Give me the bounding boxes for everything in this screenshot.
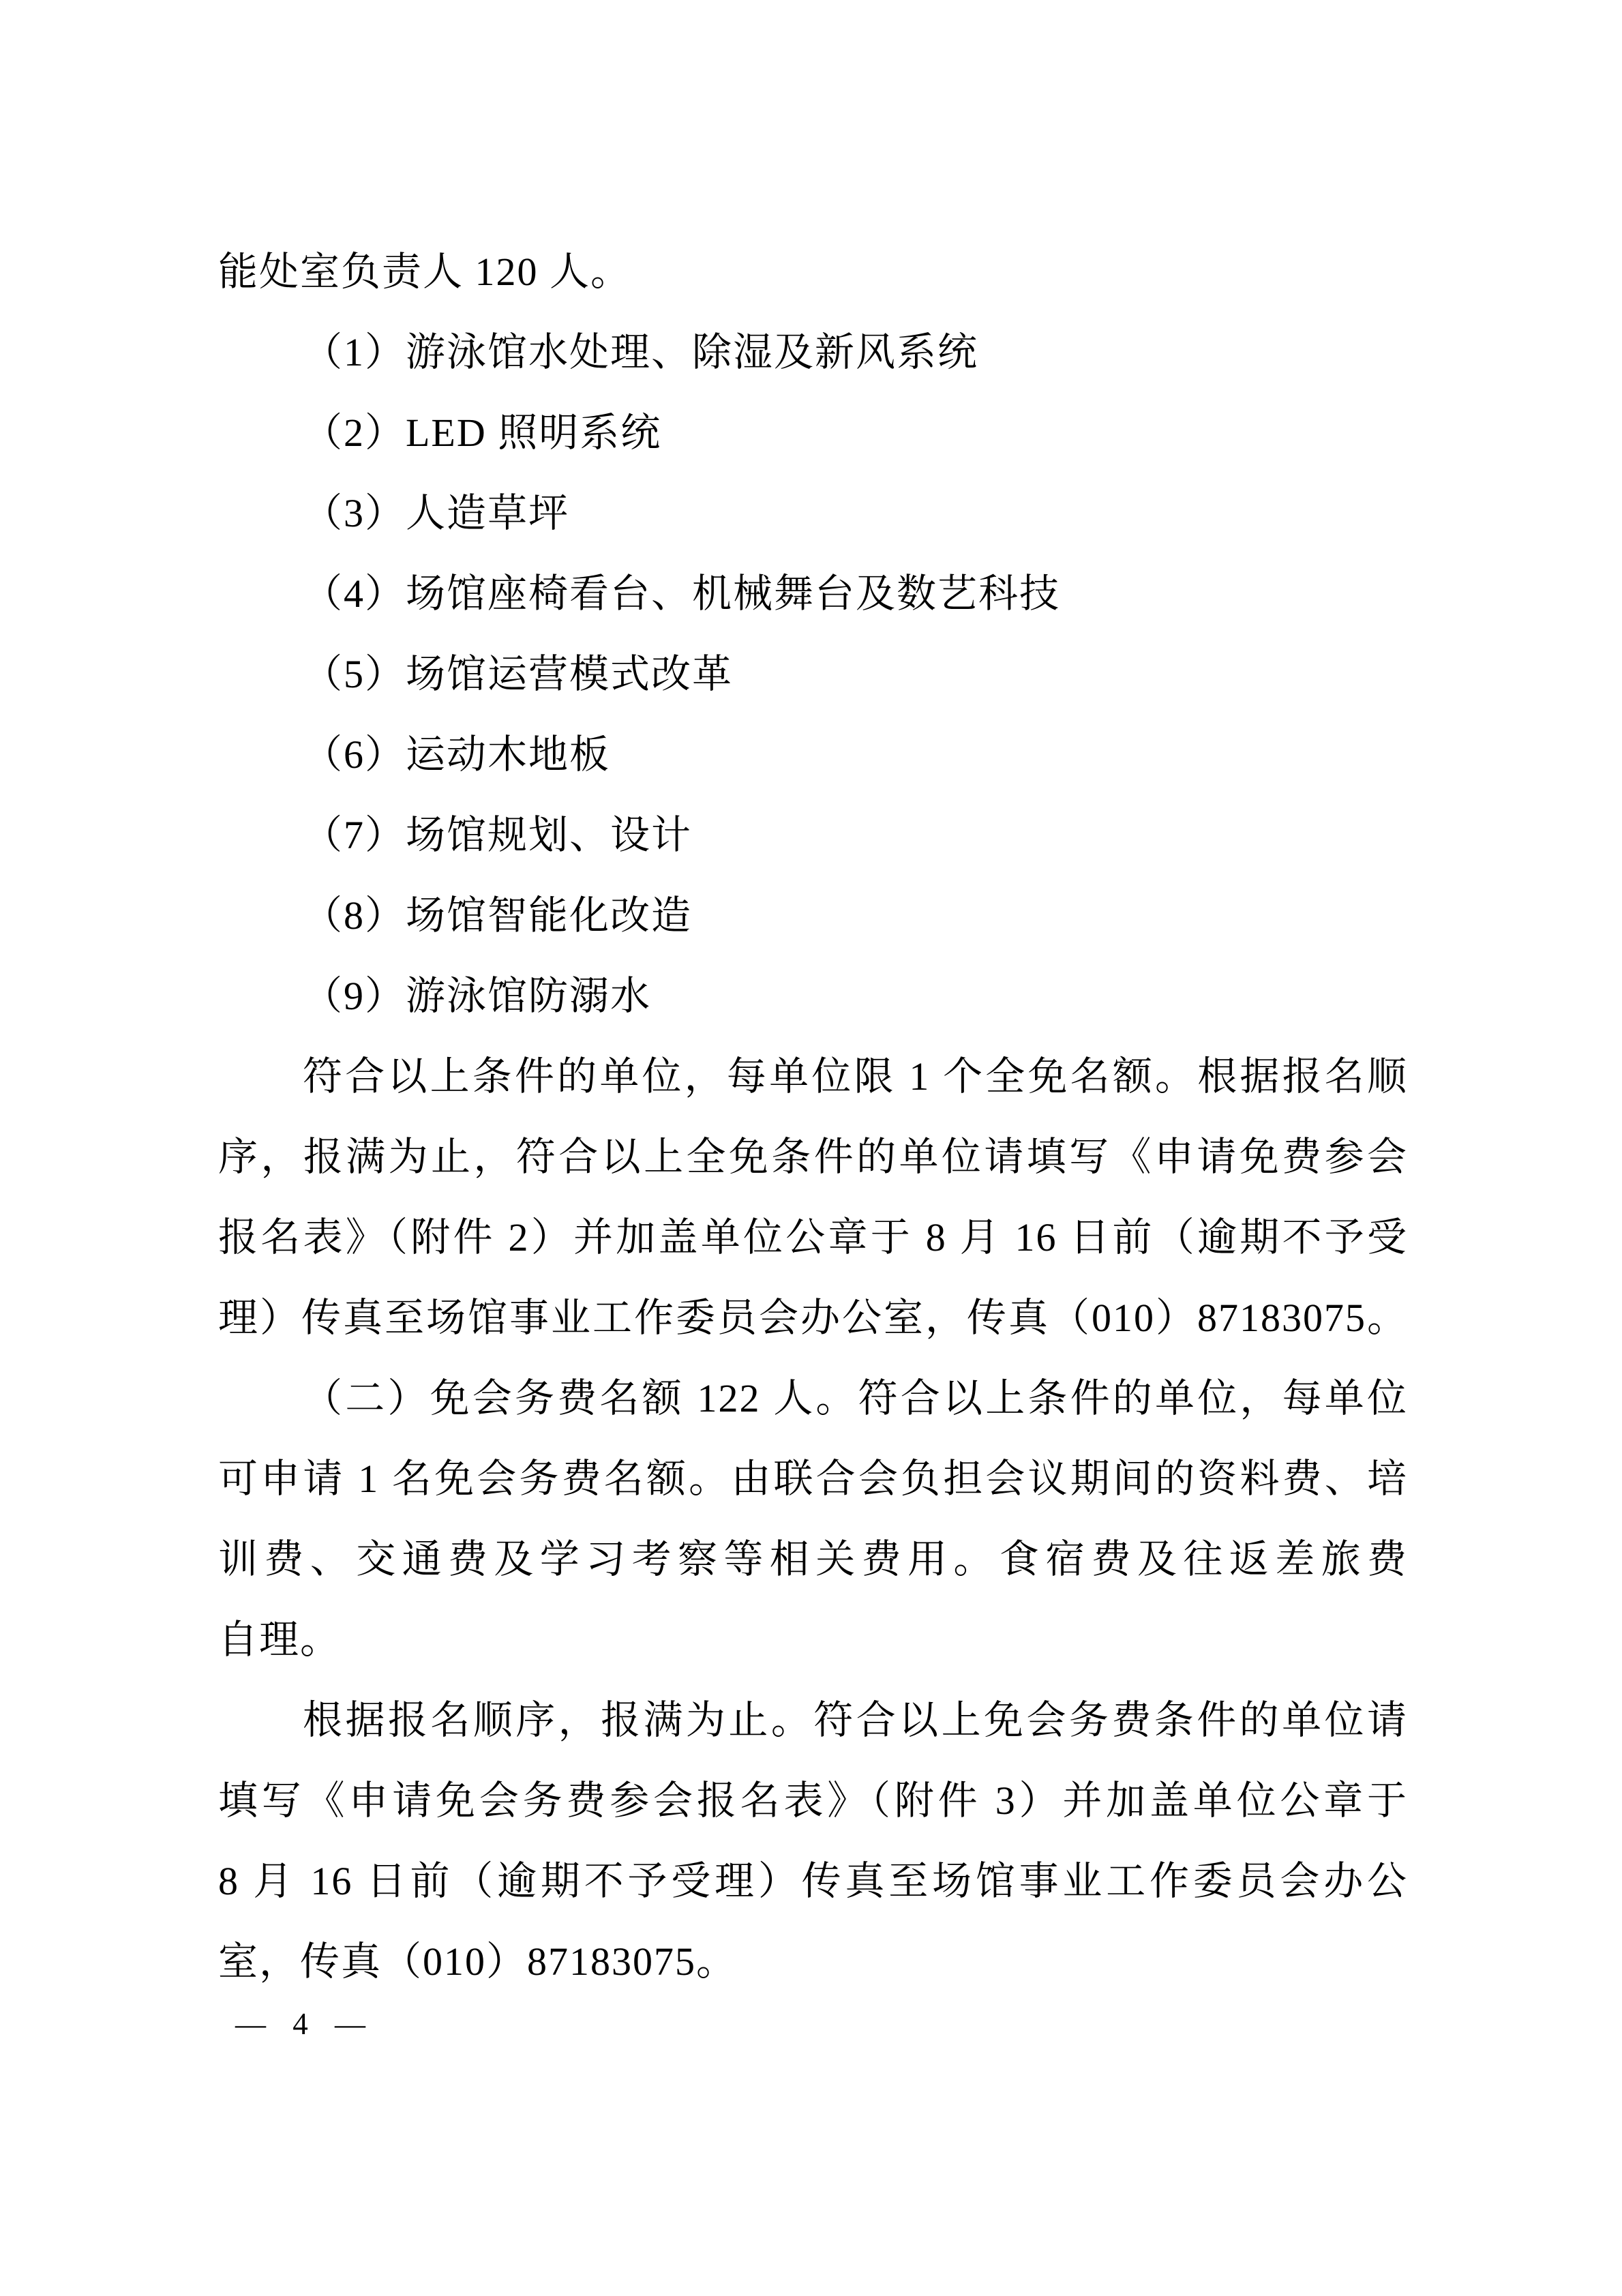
text-line: （5）场馆运营模式改革 — [218, 634, 1408, 715]
text-line: 填写《申请免会务费参会报名表》（附件 3）并加盖单位公章于 — [218, 1761, 1408, 1841]
text-line: （7）场馆规划、设计 — [218, 795, 1408, 876]
text-line: （二）免会务费名额 122 人。符合以上条件的单位，每单位 — [218, 1358, 1408, 1439]
text-line: 8 月 16 日前（逾期不予受理）传真至场馆事业工作委员会办公 — [218, 1841, 1408, 1922]
text-line: 符合以上条件的单位，每单位限 1 个全免名额。根据报名顺 — [218, 1037, 1408, 1117]
document-text: 能处室负责人 120 人。（1）游泳馆水处理、除湿及新风系统（2）LED 照明系… — [218, 232, 1408, 2002]
text-line: （8）场馆智能化改造 — [218, 876, 1408, 956]
page-number: — 4 — — [235, 2008, 367, 2040]
text-line: 根据报名顺序，报满为止。符合以上免会务费条件的单位请 — [218, 1680, 1408, 1761]
text-line: （9）游泳馆防溺水 — [218, 956, 1408, 1037]
text-line: （1）游泳馆水处理、除湿及新风系统 — [218, 312, 1408, 393]
text-line: 室，传真（010）87183075。 — [218, 1922, 1408, 2002]
text-line: 理）传真至场馆事业工作委员会办公室，传真（010）87183075。 — [218, 1278, 1408, 1358]
text-line: （6）运动木地板 — [218, 715, 1408, 795]
text-line: 可申请 1 名免会务费名额。由联合会负担会议期间的资料费、培 — [218, 1439, 1408, 1519]
text-line: （4）场馆座椅看台、机械舞台及数艺科技 — [218, 554, 1408, 634]
text-line: 报名表》（附件 2）并加盖单位公章于 8 月 16 日前（逾期不予受 — [218, 1197, 1408, 1278]
text-line: （3）人造草坪 — [218, 473, 1408, 554]
text-line: （2）LED 照明系统 — [218, 393, 1408, 473]
text-line: 训费、交通费及学习考察等相关费用。食宿费及往返差旅费 — [218, 1519, 1408, 1600]
text-line: 能处室负责人 120 人。 — [218, 232, 1408, 312]
text-line: 序，报满为止，符合以上全免条件的单位请填写《申请免费参会 — [218, 1117, 1408, 1197]
text-line: 自理。 — [218, 1600, 1408, 1680]
document-page: 能处室负责人 120 人。（1）游泳馆水处理、除湿及新风系统（2）LED 照明系… — [0, 0, 1622, 2296]
